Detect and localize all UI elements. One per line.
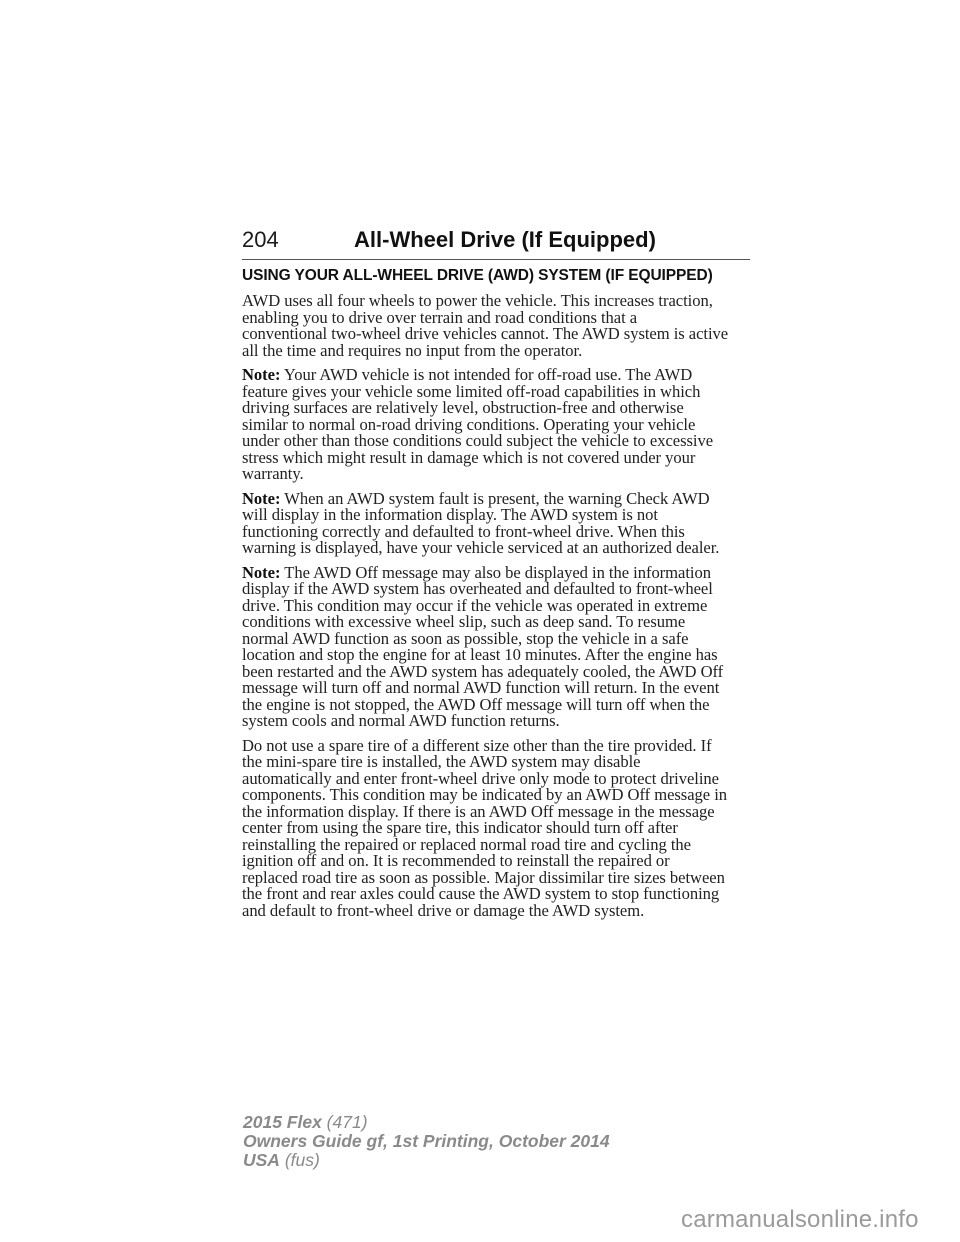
header-divider <box>242 259 750 260</box>
footer-region: USA <box>243 1150 280 1170</box>
page-number: 204 <box>242 226 279 254</box>
text-line: and default to front-wheel drive or dama… <box>242 903 752 920</box>
paragraph-note-offroad: Note: Your AWD vehicle is not intended f… <box>242 367 752 483</box>
print-footer: 2015 Flex (471) Owners Guide gf, 1st Pri… <box>243 1113 610 1170</box>
section-heading: USING YOUR ALL-WHEEL DRIVE (AWD) SYSTEM … <box>242 265 752 287</box>
text-line: stress which might result in damage whic… <box>242 450 752 467</box>
text-line: warranty. <box>242 466 752 483</box>
manual-page: 204 All-Wheel Drive (If Equipped) USING … <box>0 0 960 1242</box>
footer-region-code: (fus) <box>280 1150 320 1170</box>
paragraph-note-awd-off: Note: The AWD Off message may also be di… <box>242 565 752 730</box>
footer-line-region: USA (fus) <box>243 1151 610 1170</box>
paragraph-intro: AWD uses all four wheels to power the ve… <box>242 293 752 359</box>
footer-edition: Owners Guide gf, 1st Printing, October 2… <box>243 1131 610 1151</box>
paragraph-spare-tire: Do not use a spare tire of a different s… <box>242 738 752 920</box>
section-content: USING YOUR ALL-WHEEL DRIVE (AWD) SYSTEM … <box>242 265 752 927</box>
paragraph-note-fault: Note: When an AWD system fault is presen… <box>242 491 752 557</box>
page-header: 204 All-Wheel Drive (If Equipped) <box>242 226 750 258</box>
watermark-link[interactable]: carmanualsonline.info <box>681 1206 919 1234</box>
footer-model: 2015 Flex <box>243 1112 322 1132</box>
text-line: all the time and requires no input from … <box>242 343 752 360</box>
text-line: system cools and normal AWD function ret… <box>242 713 752 730</box>
footer-page-code: (471) <box>322 1112 368 1132</box>
footer-line-edition: Owners Guide gf, 1st Printing, October 2… <box>243 1132 610 1151</box>
text-line: warning is displayed, have your vehicle … <box>242 540 752 557</box>
chapter-title: All-Wheel Drive (If Equipped) <box>354 226 656 254</box>
footer-line-model: 2015 Flex (471) <box>243 1113 610 1132</box>
